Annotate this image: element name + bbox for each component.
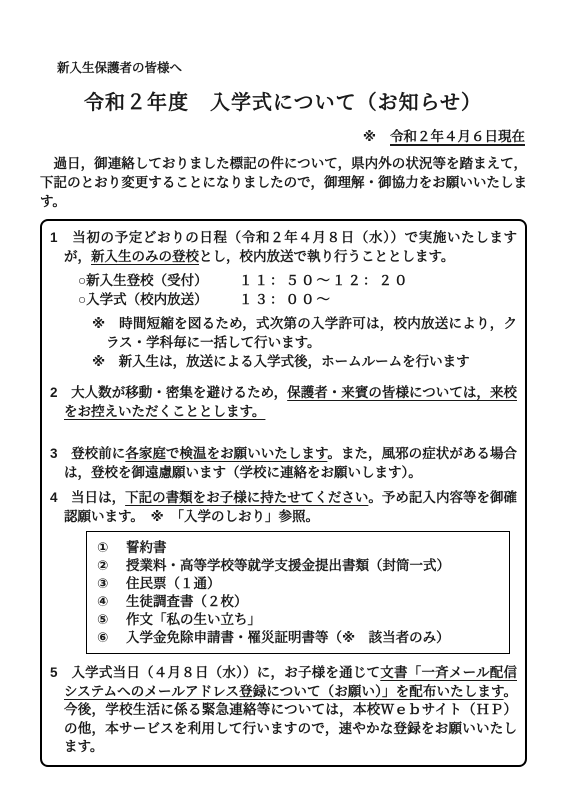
section-1: 1 当初の予定どおりの日程（令和２年４月８日（水））で実施いたしますが，新入生の… [50,228,517,266]
schedule-time: １３：００～ [239,290,332,309]
page-title: 令和２年度 入学式について（お知らせ） [0,89,566,117]
salutation: 新入生保護者の皆様へ [57,60,566,76]
reference-mark: ※ [363,129,376,144]
schedule-label: ○入学式（校内放送） [78,290,239,309]
schedule-row-reception: ○新入生登校（受付） １１：５０～１２：２０ [78,271,517,290]
note-item: ※ 時間短縮を図るため，式次第の入学許可は，校内放送により，クラス・学科毎に一括… [50,314,517,352]
schedule-row-ceremony: ○入学式（校内放送） １３：００～ [78,290,517,309]
document-item-number: ② [97,557,126,575]
document-item-text: 住民票（１通） [126,575,221,593]
section-1-text-post: とし，校内放送で執り行うこととします。 [199,249,454,264]
section-2: 2 大人数が移動・密集を避けるため，保護者・来賓の皆様については，来校をお控えい… [50,383,517,421]
document-item: ④ 生徒調査書（２枚） [97,593,499,611]
note-item: ※ 新入生は，放送による入学式後，ホームルームを行います [50,352,517,371]
date-note: ※令和２年４月６日現在 [0,127,525,146]
intro-paragraph: 過日，御連絡しておりました標記の件について，県内外の状況等を踏まえて，下記のとお… [40,154,527,211]
document-item-number: ⑥ [97,629,126,647]
section-5-number: 5 [50,665,58,680]
section-4-underlined-text: 下記の書類をお子様に持たせてください [125,490,368,505]
section-2-text-pre: 大人数が移動・密集を避けるため， [58,385,288,400]
document-item-number: ③ [97,575,126,593]
section-1-number: 1 [50,230,58,245]
as-of-date: 令和２年４月６日現在 [390,129,525,144]
section-5-text-pre: 入学式当日（４月８日（水））に，お子様を通じて [58,665,381,680]
section-3-number: 3 [50,446,58,461]
document-item-number: ⑤ [97,611,126,629]
section-3-underlined-text: 各家庭で検温をお願いいたします [125,446,327,461]
document-item: ⑥ 入学金免除申請書・罹災証明書等（※ 該当者のみ） [97,629,499,647]
schedule-label: ○新入生登校（受付） [78,271,239,290]
document-item-text: 入学金免除申請書・罹災証明書等（※ 該当者のみ） [126,629,450,647]
section-1-notes: ※ 時間短縮を図るため，式次第の入学許可は，校内放送により，クラス・学科毎に一括… [50,314,517,371]
document-item-number: ① [97,539,126,557]
section-3-text-pre: 登校前に [58,446,126,461]
document-item: ③ 住民票（１通） [97,575,499,593]
document-item-number: ④ [97,593,126,611]
section-5: 5 入学式当日（４月８日（水））に，お子様を通じて文書「一斉メール配信システムへ… [50,664,517,757]
document-item-text: 作文「私の生い立ち」 [126,611,261,629]
section-4: 4 当日は，下記の書類をお子様に持たせてください。予め記入内容等を御確認願います… [50,488,517,526]
document-item: ② 授業料・高等学校等就学支援金提出書類（封筒一式） [97,557,499,575]
section-2-number: 2 [50,385,58,400]
document-item-text: 誓約書 [126,539,167,557]
schedule-list: ○新入生登校（受付） １１：５０～１２：２０ ○入学式（校内放送） １３：００～ [50,271,517,309]
notice-document-page: 新入生保護者の皆様へ 令和２年度 入学式について（お知らせ） ※令和２年４月６日… [0,0,566,800]
section-3: 3 登校前に各家庭で検温をお願いいたします。また，風邪の症状がある場合は，登校を… [50,444,517,482]
document-item: ⑤ 作文「私の生い立ち」 [97,611,499,629]
document-item: ① 誓約書 [97,539,499,557]
section-4-number: 4 [50,490,58,505]
document-item-text: 生徒調査書（２枚） [126,593,248,611]
notice-box: 1 当初の予定どおりの日程（令和２年４月８日（水））で実施いたしますが，新入生の… [40,219,527,767]
document-item-text: 授業料・高等学校等就学支援金提出書類（封筒一式） [126,557,450,575]
section-4-text-pre: 当日は， [58,490,126,505]
schedule-time: １１：５０～１２：２０ [239,271,410,290]
section-1-underlined-text: 新入生のみの登校 [91,249,199,264]
documents-list-box: ① 誓約書 ② 授業料・高等学校等就学支援金提出書類（封筒一式） ③ 住民票（１… [86,531,510,654]
